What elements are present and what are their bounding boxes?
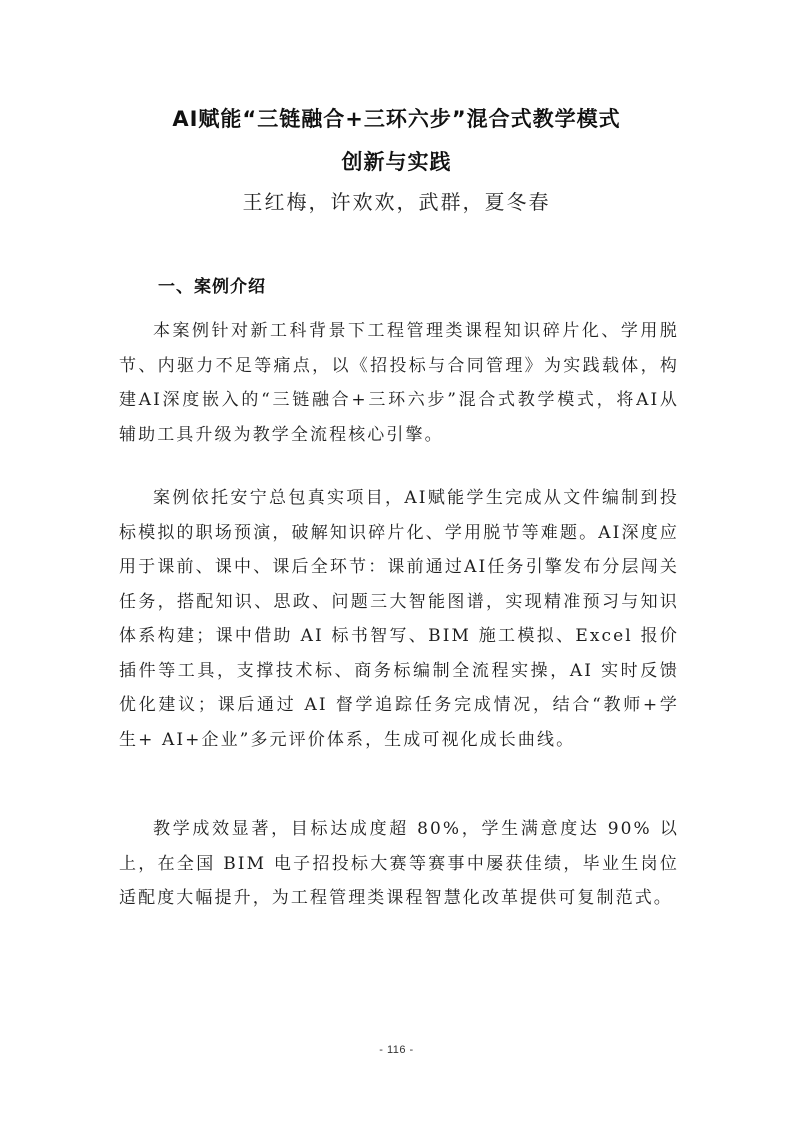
paragraph-implementation: 案例依托安宁总包真实项目，AI赋能学生完成从文件编制到投标模拟的职场预演，破解知… [119, 481, 679, 757]
paragraph-intro: 本案例针对新工科背景下工程管理类课程知识碎片化、学用脱节、内驱力不足等痛点，以《… [119, 314, 679, 452]
section-heading: 一、案例介绍 [158, 272, 266, 297]
document-title-line-2: 创新与实践 [0, 146, 793, 176]
author-list: 王红梅，许欢欢，武群，夏冬春 [0, 186, 793, 215]
document-page: AI赋能“三链融合+三环六步”混合式教学模式 创新与实践 王红梅，许欢欢，武群，… [0, 0, 793, 1122]
page-number: - 116 - [0, 1044, 793, 1056]
paragraph-outcomes: 教学成效显著，目标达成度超 80%，学生满意度达 90% 以上，在全国 BIM … [119, 812, 679, 916]
document-title-line-1: AI赋能“三链融合+三环六步”混合式教学模式 [0, 103, 793, 133]
